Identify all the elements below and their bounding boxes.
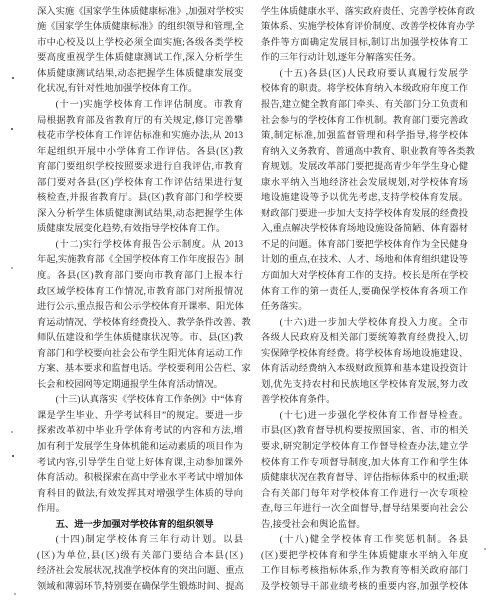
- text-line: 核检查,并报省教育厅。县(区)教育部门和学校要: [37, 191, 243, 207]
- text-line: 考试内容,引导学生自觉上好体育课,主动参加课外: [37, 456, 243, 472]
- paragraph-15-government-duties: (十五)各县(区)人民政府要认真履行发展学 校体育的职责。将学校体育纳入本级政府…: [261, 67, 468, 316]
- text-line: 要高度重视学生体质健康测试工作,深入分析学生: [37, 51, 243, 67]
- scan-speck: [484, 548, 486, 550]
- text-line: 育科目的做法,有效发挥其对增强学生体质的导向: [37, 487, 243, 503]
- paragraph-lead-line: (十七)进一步强化学校体育工作督导检查。: [261, 409, 468, 425]
- text-line: 及学校领导干部业绩考核的重要内容,加强学校体: [261, 580, 468, 596]
- text-line: 师队伍建设和学生体质健康状况等。市、县(区)教: [37, 331, 243, 347]
- paragraph-lead-line: (十八)健全学校体育工作奖惩机制。各县: [261, 533, 468, 549]
- text-line: 作的三年行动计划,逐年分解落实任务。: [261, 51, 468, 67]
- scan-speck: [12, 455, 14, 457]
- paragraph-13-exam-reform: (十三)认真落实《学校体育工作条例》中“体育 课是学生毕业、升学考试科目”的规定…: [37, 393, 243, 517]
- text-line: 育部门要组织学校按照要求进行自我评估,市教育: [37, 160, 243, 176]
- text-line: 部门要对各县(区)学校体育工作评估结果进行复: [37, 176, 243, 192]
- scan-speck: [14, 593, 16, 595]
- text-line: 作用。: [37, 502, 243, 518]
- text-line: 合有关部门每年对学校体育工作进行一次专项检: [261, 487, 468, 503]
- paragraph-17-supervision: (十七)进一步强化学校体育工作督导检查。 市县(区)教育督导机构要按照国家、省、…: [261, 409, 468, 533]
- text-line: 质健康发展变化趋势,有效指导学校体育工作。: [37, 222, 243, 238]
- text-line: 告,接受社会和舆论监督。: [261, 518, 468, 534]
- text-line: 深入分析学生体质健康测试结果,动态把握学生体: [37, 207, 243, 223]
- paragraph-14-three-year-plan: (十四)制定学校体育三年行动计划。以县 (区)为单位,县(区)级有关部门要结合本…: [37, 533, 243, 595]
- text-line: 社会参与的学校体育工作机制。教育部门要完善政: [261, 114, 468, 130]
- text-line: 条件等方面确定发展目标,制订出加强学校体育工: [261, 36, 468, 52]
- text-line: 市中心校及以上学校必须全面实施;各级各类学校: [37, 36, 243, 52]
- paragraph-14-continued: 学生体质健康水平、落实政府责任、完善学校体育政 策体系、实施学校体育评价制度、改…: [261, 5, 468, 67]
- text-line: 体育活动。积极探索在高中学业水平考试中增加体: [37, 471, 243, 487]
- text-line: (区)为单位,县(区)级有关部门要结合本县(区): [37, 549, 243, 565]
- text-line: 任务落实。: [261, 300, 468, 316]
- text-line: 政区域学校体育工作情况,市教育部门对所报情况: [37, 285, 243, 301]
- text-line: 善学校体育条件。: [261, 393, 468, 409]
- text-line: 经济社会发展状况,找准学校体育的突出问题、重点: [37, 564, 243, 580]
- text-line: 育规划。发展改革部门要把提高青少年学生身心健: [261, 160, 468, 176]
- paragraph-lead-line: (十六)进一步加大学校体育投入力度。全市: [261, 316, 468, 332]
- text-line: 施《国家学生体质健康标准》的组织领导和管理,全: [37, 20, 243, 36]
- text-line: 体质健康测试结果,动态把握学生体质健康发展变: [37, 67, 243, 83]
- text-line: 度。各县(区)教育部门要向市教育部门上报本行: [37, 269, 243, 285]
- paragraph-lead-line: (十一)实施学校体育工作评估制度。市教育: [37, 98, 243, 114]
- text-line: 进行公示,重点报告和公示学校体育开课率、阳光体: [37, 300, 243, 316]
- text-line: 枝花市学校体育工作评估标准和实施办法,从 2013: [37, 129, 243, 145]
- text-line: 查,每三年进行一次全面督导,督导结果要向社会公: [261, 502, 468, 518]
- text-line: 长会和校园网等定期通报学生体育活动情况。: [37, 378, 243, 394]
- text-line: 报告,建立健全教育部门牵头、有关部门分工负责和: [261, 98, 468, 114]
- text-line: 不足的问题。体育部门要把学校体育作为全民健身: [261, 238, 468, 254]
- text-line: 加有利于发展学生身体机能和运动素质的项目作为: [37, 440, 243, 456]
- scanned-document-page: 深入实施《国家学生体质健康标准》,加强对学校实 施《国家学生体质健康标准》的组织…: [0, 0, 500, 610]
- text-line: 入,重点解决学校体育场地设施设备简陋、体育器材: [261, 222, 468, 238]
- paragraph-lead-line: (十四)制定学校体育三年行动计划。以县: [37, 533, 243, 549]
- text-line: 实保障学校体育经费。将学校体育场地设施建设、: [261, 347, 468, 363]
- text-line: 育运动情况、学校体育经费投入、教学条件改善、教: [37, 316, 243, 332]
- paragraph-lead-line: (十二)实行学校体育报告公示制度。从 2013: [37, 238, 243, 254]
- paragraph-18-incentives: (十八)健全学校体育工作奖惩机制。各县 (区)要把学校体育和学生体质健康水平纳入…: [261, 533, 468, 595]
- text-line: 探索改革初中毕业升学体育考试的内容和方法,增: [37, 424, 243, 440]
- text-line: 年起,实施教育部《全国学校体育工作年度报告》制: [37, 253, 243, 269]
- paragraph-11-evaluation-system: (十一)实施学校体育工作评估制度。市教育 局根据教育部及省教育厅的有关规定,修订…: [37, 98, 243, 238]
- text-line: 育部门和学校要向社会公布学生阳光体育运动工作: [37, 347, 243, 363]
- text-line: 康水平纳入当地经济社会发展规划,对学校体育场: [261, 176, 468, 192]
- text-line: 体育工作的第一责任人,要确保学校体育各项工作: [261, 285, 468, 301]
- text-line: 划,优先支持农村和民族地区学校体育发展,努力改: [261, 378, 468, 394]
- paragraph-12-report-disclosure: (十二)实行学校体育报告公示制度。从 2013 年起,实施教育部《全国学校体育工…: [37, 238, 243, 393]
- text-line: 深入实施《国家学生体质健康标准》,加强对学校实: [37, 5, 243, 21]
- text-line: 体育活动经费纳入本级财政预算和基本建设投资计: [261, 362, 468, 378]
- scan-speck: [11, 128, 13, 130]
- text-line: 局根据教育部及省教育厅的有关规定,修订完善攀: [37, 114, 243, 130]
- paragraph-lead-line: (十三)认真落实《学校体育工作条例》中“体育: [37, 393, 243, 409]
- text-line: 各级人民政府及相关部门要统筹教育经费投入,切: [261, 331, 468, 347]
- text-line: 策体系、实施学校体育评价制度、改善学校体育办学: [261, 20, 468, 36]
- scan-speck: [11, 431, 13, 433]
- text-line: 校体育工作专项督导制度,加大体育工作和学生体: [261, 456, 468, 472]
- text-line: 校体育的职责。将学校体育纳入本级政府年度工作: [261, 82, 468, 98]
- paragraph-16-investment: (十六)进一步加大学校体育投入力度。全市 各级人民政府及相关部门要统筹教育经费投…: [261, 316, 468, 409]
- scan-speck: [11, 267, 13, 269]
- section-heading-text: 五、进一步加强对学校体育的组织领导: [37, 518, 243, 534]
- left-column: 深入实施《国家学生体质健康标准》,加强对学校实 施《国家学生体质健康标准》的组织…: [37, 5, 243, 596]
- text-line: 工作目标考核指标体系,作为教育等相关政府部门: [261, 564, 468, 580]
- text-line: 年起组织开展中小学体育工作评估。各县(区)教: [37, 145, 243, 161]
- text-line: 质健康状况在教育督导、评估指标体系中的权重;联: [261, 471, 468, 487]
- right-column: 学生体质健康水平、落实政府责任、完善学校体育政 策体系、实施学校体育评价制度、改…: [261, 5, 468, 596]
- paragraph-continued: 深入实施《国家学生体质健康标准》,加强对学校实 施《国家学生体质健康标准》的组织…: [37, 5, 243, 98]
- text-line: 市县(区)教育督导机构要按照国家、省、市的相关: [261, 424, 468, 440]
- text-line: 课是学生毕业、升学考试科目”的规定。要进一步: [37, 409, 243, 425]
- text-line: 方案、基本要求和监督电话。学校要利用公告栏、家: [37, 362, 243, 378]
- text-line: 育纳入义务教育、普通高中教育、职业教育等各类教: [261, 145, 468, 161]
- text-line: (区)要把学校体育和学生体质健康水平纳入年度: [261, 549, 468, 565]
- text-line: 策,制定标准,加强监督管理和科学指导,将学校体: [261, 129, 468, 145]
- text-line: 领域和薄弱环节,特别要在确保学生锻炼时间、提高: [37, 580, 243, 596]
- section-heading: 五、进一步加强对学校体育的组织领导: [37, 518, 243, 534]
- text-line: 化状况,有针对性地加强学校体育工作。: [37, 82, 243, 98]
- text-line: 学生体质健康水平、落实政府责任、完善学校体育政: [261, 5, 468, 21]
- text-line: 地设施建设等予以优先考虑,支持学校体育发展。: [261, 191, 468, 207]
- text-line: 计划的重点,在技术、人才、场地和体育组织建设等: [261, 253, 468, 269]
- paragraph-lead-line: (十五)各县(区)人民政府要认真履行发展学: [261, 67, 468, 83]
- text-line: 财政部门要进一步加大支持学校体育发展的经费投: [261, 207, 468, 223]
- scan-speck: [12, 77, 14, 79]
- text-line: 方面加大对学校体育工作的支持。校长是所在学校: [261, 269, 468, 285]
- text-line: 要求,研究制定学校体育工作督导检查办法,建立学: [261, 440, 468, 456]
